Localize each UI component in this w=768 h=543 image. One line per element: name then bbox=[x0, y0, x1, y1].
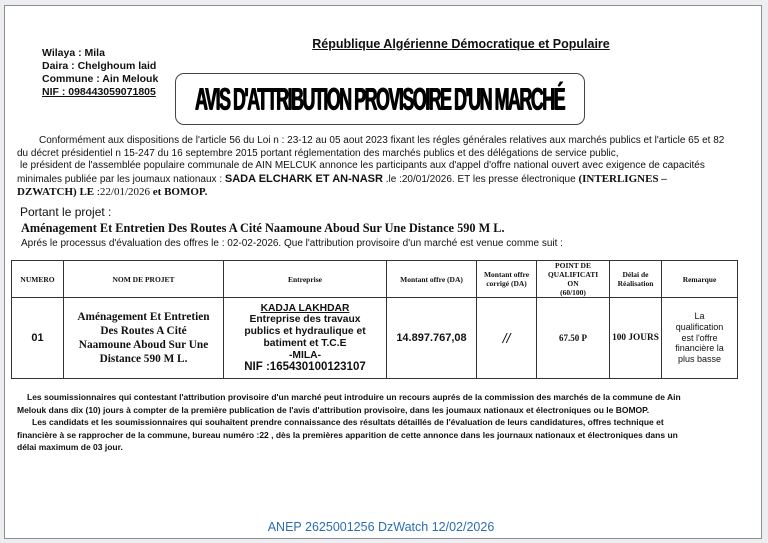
cell-remark: La qualification est l'offre financière … bbox=[662, 298, 738, 379]
appeal-notes: Les soumissionnaires qui contestant l'at… bbox=[17, 391, 747, 454]
col-header-project: NOM DE PROJET bbox=[64, 261, 224, 298]
col-header-delay: Délai de Réalisation bbox=[610, 261, 662, 298]
award-table: NUMERO NOM DE PROJET Entreprise Montant … bbox=[11, 260, 738, 379]
newspapers: SADA ELCHARK ET AN-NASR bbox=[225, 173, 383, 185]
anep-reference: ANEP 2625001256 DzWatch 12/02/2026 bbox=[5, 520, 761, 534]
cell-numero: 01 bbox=[12, 298, 64, 379]
evaluation-statement: Aprés le processus d'évaluation des offr… bbox=[21, 238, 563, 249]
col-header-remark: Remarque bbox=[662, 261, 738, 298]
document-sheet: Wilaya : Mila Daira : Chelghoum laid Com… bbox=[4, 5, 762, 539]
commune-line: Commune : Ain Melouk bbox=[42, 73, 158, 86]
anep-reference-text: ANEP 2625001256 DzWatch 12/02/2026 bbox=[268, 520, 495, 534]
cell-project: Aménagement Et Entretien Des Routes A Ci… bbox=[64, 298, 224, 379]
table-row: 01 Aménagement Et Entretien Des Routes A… bbox=[12, 298, 738, 379]
project-title: Aménagement Et Entretien Des Routes A Ci… bbox=[21, 221, 505, 236]
notice-title: AVIS D'ATTRIBUTION PROVISOIRE D'UN MARCH… bbox=[195, 81, 564, 117]
note-line: Les soumissionnaires qui contestant l'at… bbox=[17, 391, 747, 404]
republic-heading-text: République Algérienne Démocratique et Po… bbox=[312, 37, 610, 51]
intro-line: DZWATCH) LE :22/01/2026 et BOMOP. bbox=[17, 186, 747, 199]
issuer-block: Wilaya : Mila Daira : Chelghoum laid Com… bbox=[42, 47, 158, 99]
daira-line: Daira : Chelghoum laid bbox=[42, 60, 158, 73]
company-nif: NIF :165430100123107 bbox=[226, 362, 384, 374]
cell-delay: 100 JOURS bbox=[610, 298, 662, 379]
intro-paragraph: Conformément aux dispositions de l'artic… bbox=[17, 135, 747, 199]
table-header-row: NUMERO NOM DE PROJET Entreprise Montant … bbox=[12, 261, 738, 298]
issuer-nif: NIF : 098443059071805 bbox=[42, 86, 158, 99]
col-header-points: POINT DE QUALIFICATI ON (60/100) bbox=[537, 261, 610, 298]
col-header-amount: Montant offre (DA) bbox=[387, 261, 477, 298]
cell-corrected-amount: // bbox=[477, 298, 537, 379]
note-line: Melouk dans dix (10) jours à compter de … bbox=[17, 404, 747, 417]
republic-heading: République Algérienne Démocratique et Po… bbox=[5, 37, 761, 51]
col-header-company: Entreprise bbox=[224, 261, 387, 298]
note-line: Les candidats et les soumissionnaires qu… bbox=[17, 416, 747, 429]
cell-company: KADJA LAKHDAR Entreprise des travaux pub… bbox=[224, 298, 387, 379]
notice-title-box: AVIS D'ATTRIBUTION PROVISOIRE D'UN MARCH… bbox=[175, 73, 585, 125]
note-line: financière à se rapprocher de la commune… bbox=[17, 429, 747, 442]
e-press: (INTERLIGNES – bbox=[578, 173, 666, 185]
company-name: KADJA LAKHDAR bbox=[226, 303, 384, 315]
intro-line: Conformément aux dispositions de l'artic… bbox=[17, 135, 747, 148]
col-header-corrected-amount: Montant offre corrigé (DA) bbox=[477, 261, 537, 298]
note-line: délai maximum de 03 jour. bbox=[17, 441, 747, 454]
intro-line: minimales publiée par les joumaux nation… bbox=[17, 173, 747, 187]
intro-line: le président de l'assemblée populaire co… bbox=[17, 160, 747, 173]
cell-points: 67.50 P bbox=[537, 298, 610, 379]
col-header-numero: NUMERO bbox=[12, 261, 64, 298]
cell-amount: 14.897.767,08 bbox=[387, 298, 477, 379]
project-label: Portant le projet : bbox=[20, 205, 111, 219]
intro-line: du décret présidentiel n 15-247 du 16 se… bbox=[17, 148, 747, 161]
